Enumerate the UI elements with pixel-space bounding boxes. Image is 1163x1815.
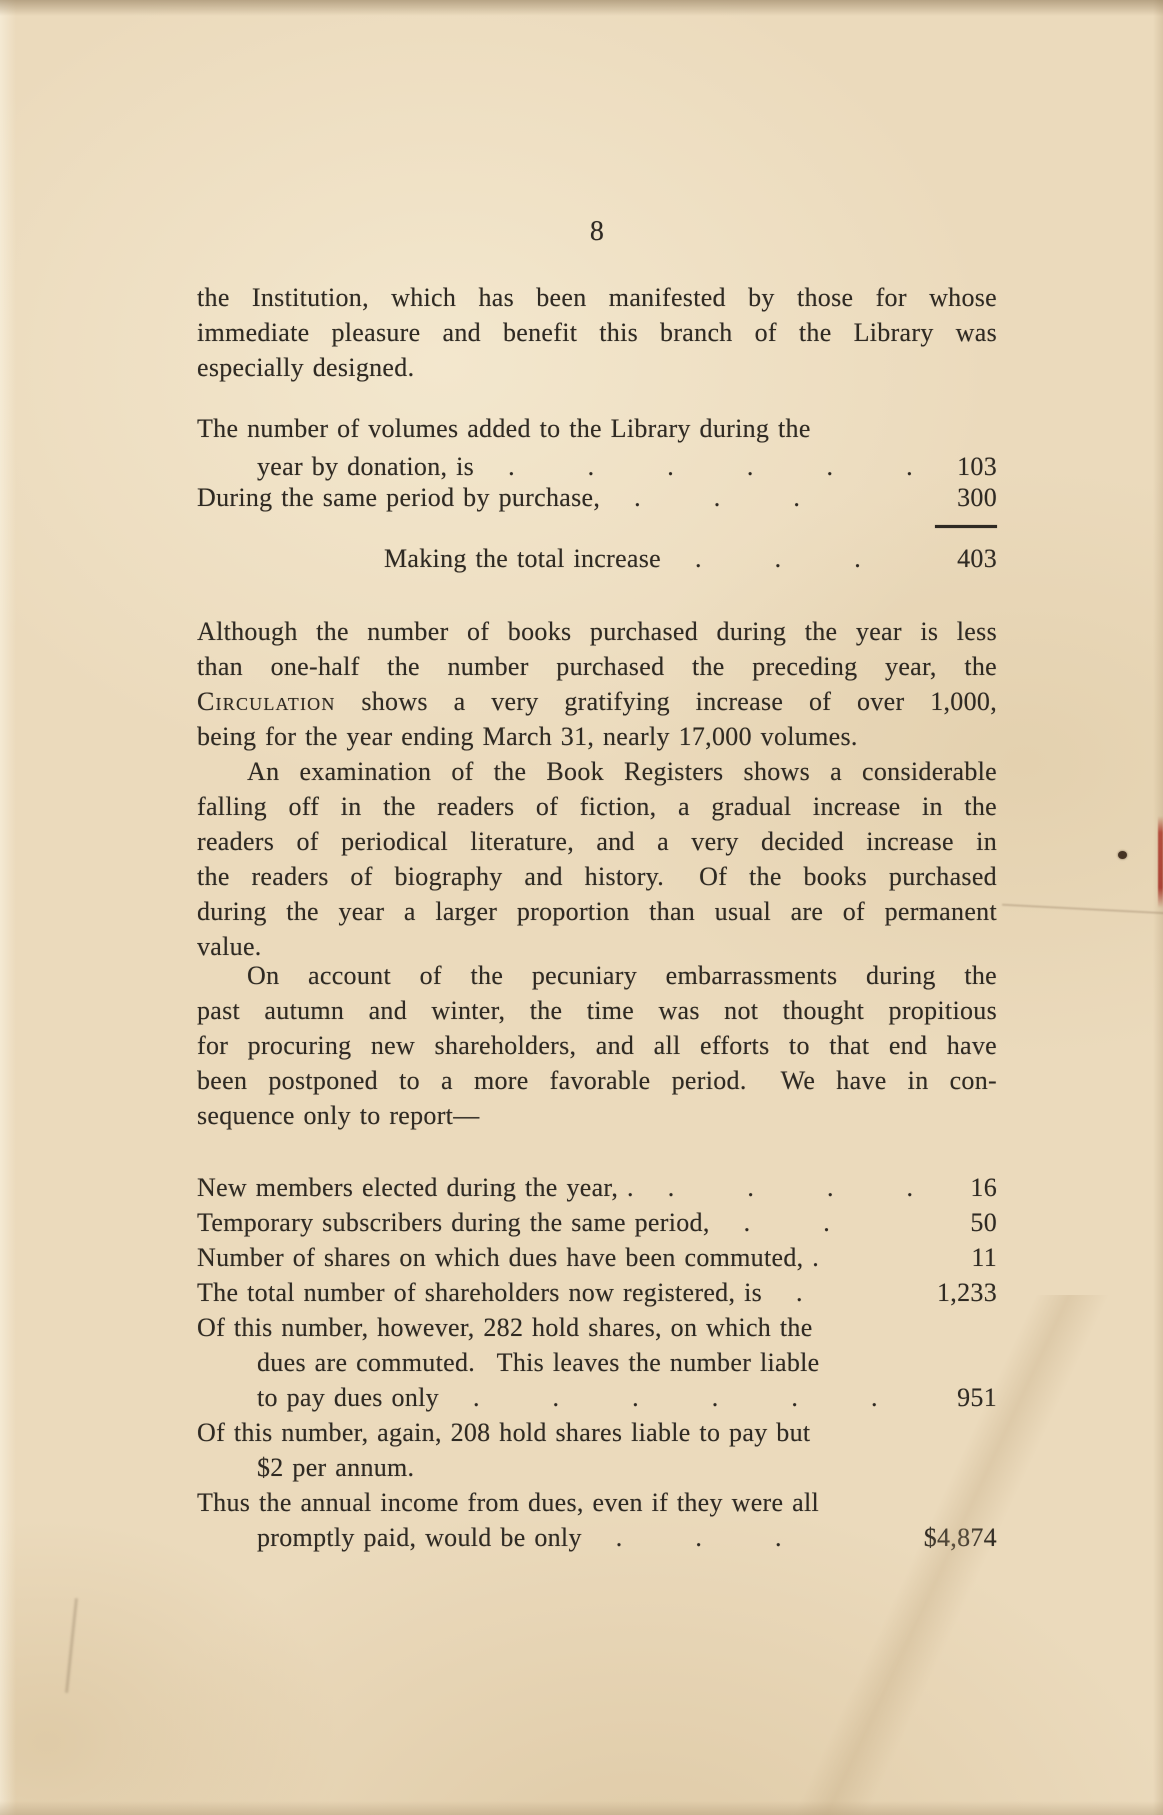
paper-crease xyxy=(1002,904,1163,915)
text-line: been postponed to a more favorable perio… xyxy=(197,1063,997,1098)
row-label: During the same period by purchase, xyxy=(197,481,600,515)
text-line: On account of the pecuniary embarrassmen… xyxy=(197,958,997,993)
report-row: Temporary subscribers during the same pe… xyxy=(197,1205,997,1240)
text-line: being for the year ending March 31, near… xyxy=(197,719,997,754)
text-line: the Institution, which has been manifest… xyxy=(197,280,997,315)
dot-leaders: . . . . . . xyxy=(474,450,951,484)
faint-pencil-mark xyxy=(65,1598,78,1693)
additions-row-purchase: During the same period by purchase, . . … xyxy=(197,481,997,515)
text-line: Although the number of books purchased d… xyxy=(197,614,997,649)
paragraph-pecuniary: On account of the pecuniary embarrassmen… xyxy=(197,958,997,1133)
dot-leaders: . . xyxy=(710,1205,965,1240)
paper-crease-corner xyxy=(733,1295,1163,1815)
row-label: Temporary subscribers during the same pe… xyxy=(197,1205,710,1240)
row-label: Of this number, again, 208 hold shares l… xyxy=(197,1415,810,1450)
red-page-edge-mark xyxy=(1158,816,1163,908)
row-value: 50 xyxy=(970,1205,997,1240)
dot-leaders xyxy=(819,1240,965,1275)
additions-intro-row: The number of volumes added to the Libra… xyxy=(197,412,997,446)
text-span: shows a very gratifying increase of over… xyxy=(336,687,997,716)
dot-leaders: . . . xyxy=(600,481,951,515)
text-line: falling off in the readers of fiction, a… xyxy=(197,789,997,824)
report-row: Number of shares on which dues have been… xyxy=(197,1240,997,1275)
additions-total-row: Making the total increase . . . 403 xyxy=(197,542,997,576)
row-label: Thus the annual income from dues, even i… xyxy=(197,1485,819,1520)
text-line: Circulation shows a very gratifying incr… xyxy=(197,684,997,719)
scanned-book-page: 8 the Institution, which has been manife… xyxy=(0,0,1163,1815)
paragraph-intro: the Institution, which has been manifest… xyxy=(197,280,997,385)
row-value: 403 xyxy=(957,542,997,576)
row-label: Making the total increase xyxy=(384,542,661,576)
row-label: The number of volumes added to the Libra… xyxy=(197,412,811,446)
row-label: New members elected during the year, . xyxy=(197,1170,634,1205)
row-label: promptly paid, would be only xyxy=(257,1520,582,1555)
report-row: New members elected during the year, . .… xyxy=(197,1170,997,1205)
row-value: 11 xyxy=(971,1240,997,1275)
row-label: year by donation, is xyxy=(257,450,474,484)
row-value: 103 xyxy=(957,450,997,484)
text-line: past autumn and winter, the time was not… xyxy=(197,993,997,1028)
small-caps-word: Circulation xyxy=(197,687,336,716)
text-line: for procuring new shareholders, and all … xyxy=(197,1028,997,1063)
row-label: The total number of shareholders now reg… xyxy=(197,1275,762,1310)
text-line: An examination of the Book Registers sho… xyxy=(197,754,997,789)
row-label: Of this number, however, 282 hold shares… xyxy=(197,1310,813,1345)
text-line: the readers of biography and history. Of… xyxy=(197,859,997,894)
additions-row-donation: year by donation, is . . . . . . 103 xyxy=(197,450,997,484)
text-line: during the year a larger proportion than… xyxy=(197,894,997,929)
paragraph-circulation: Although the number of books purchased d… xyxy=(197,614,997,754)
text-line: than one-half the number purchased the p… xyxy=(197,649,997,684)
text-line: especially designed. xyxy=(197,350,997,385)
sum-rule xyxy=(935,525,997,528)
row-label: Number of shares on which dues have been… xyxy=(197,1240,819,1275)
row-label: to pay dues only xyxy=(257,1380,439,1415)
row-label: $2 per annum. xyxy=(257,1450,414,1485)
page-number: 8 xyxy=(197,214,997,249)
text-line: sequence only to report— xyxy=(197,1098,997,1133)
text-line: readers of periodical literature, and a … xyxy=(197,824,997,859)
ink-speck xyxy=(1118,851,1127,859)
row-value: 16 xyxy=(970,1170,997,1205)
paragraph-examination: An examination of the Book Registers sho… xyxy=(197,754,997,964)
row-value: 300 xyxy=(957,481,997,515)
dot-leaders: . . . . xyxy=(634,1170,965,1205)
text-line: immediate pleasure and benefit this bran… xyxy=(197,315,997,350)
dot-leaders: . . . xyxy=(661,542,951,576)
